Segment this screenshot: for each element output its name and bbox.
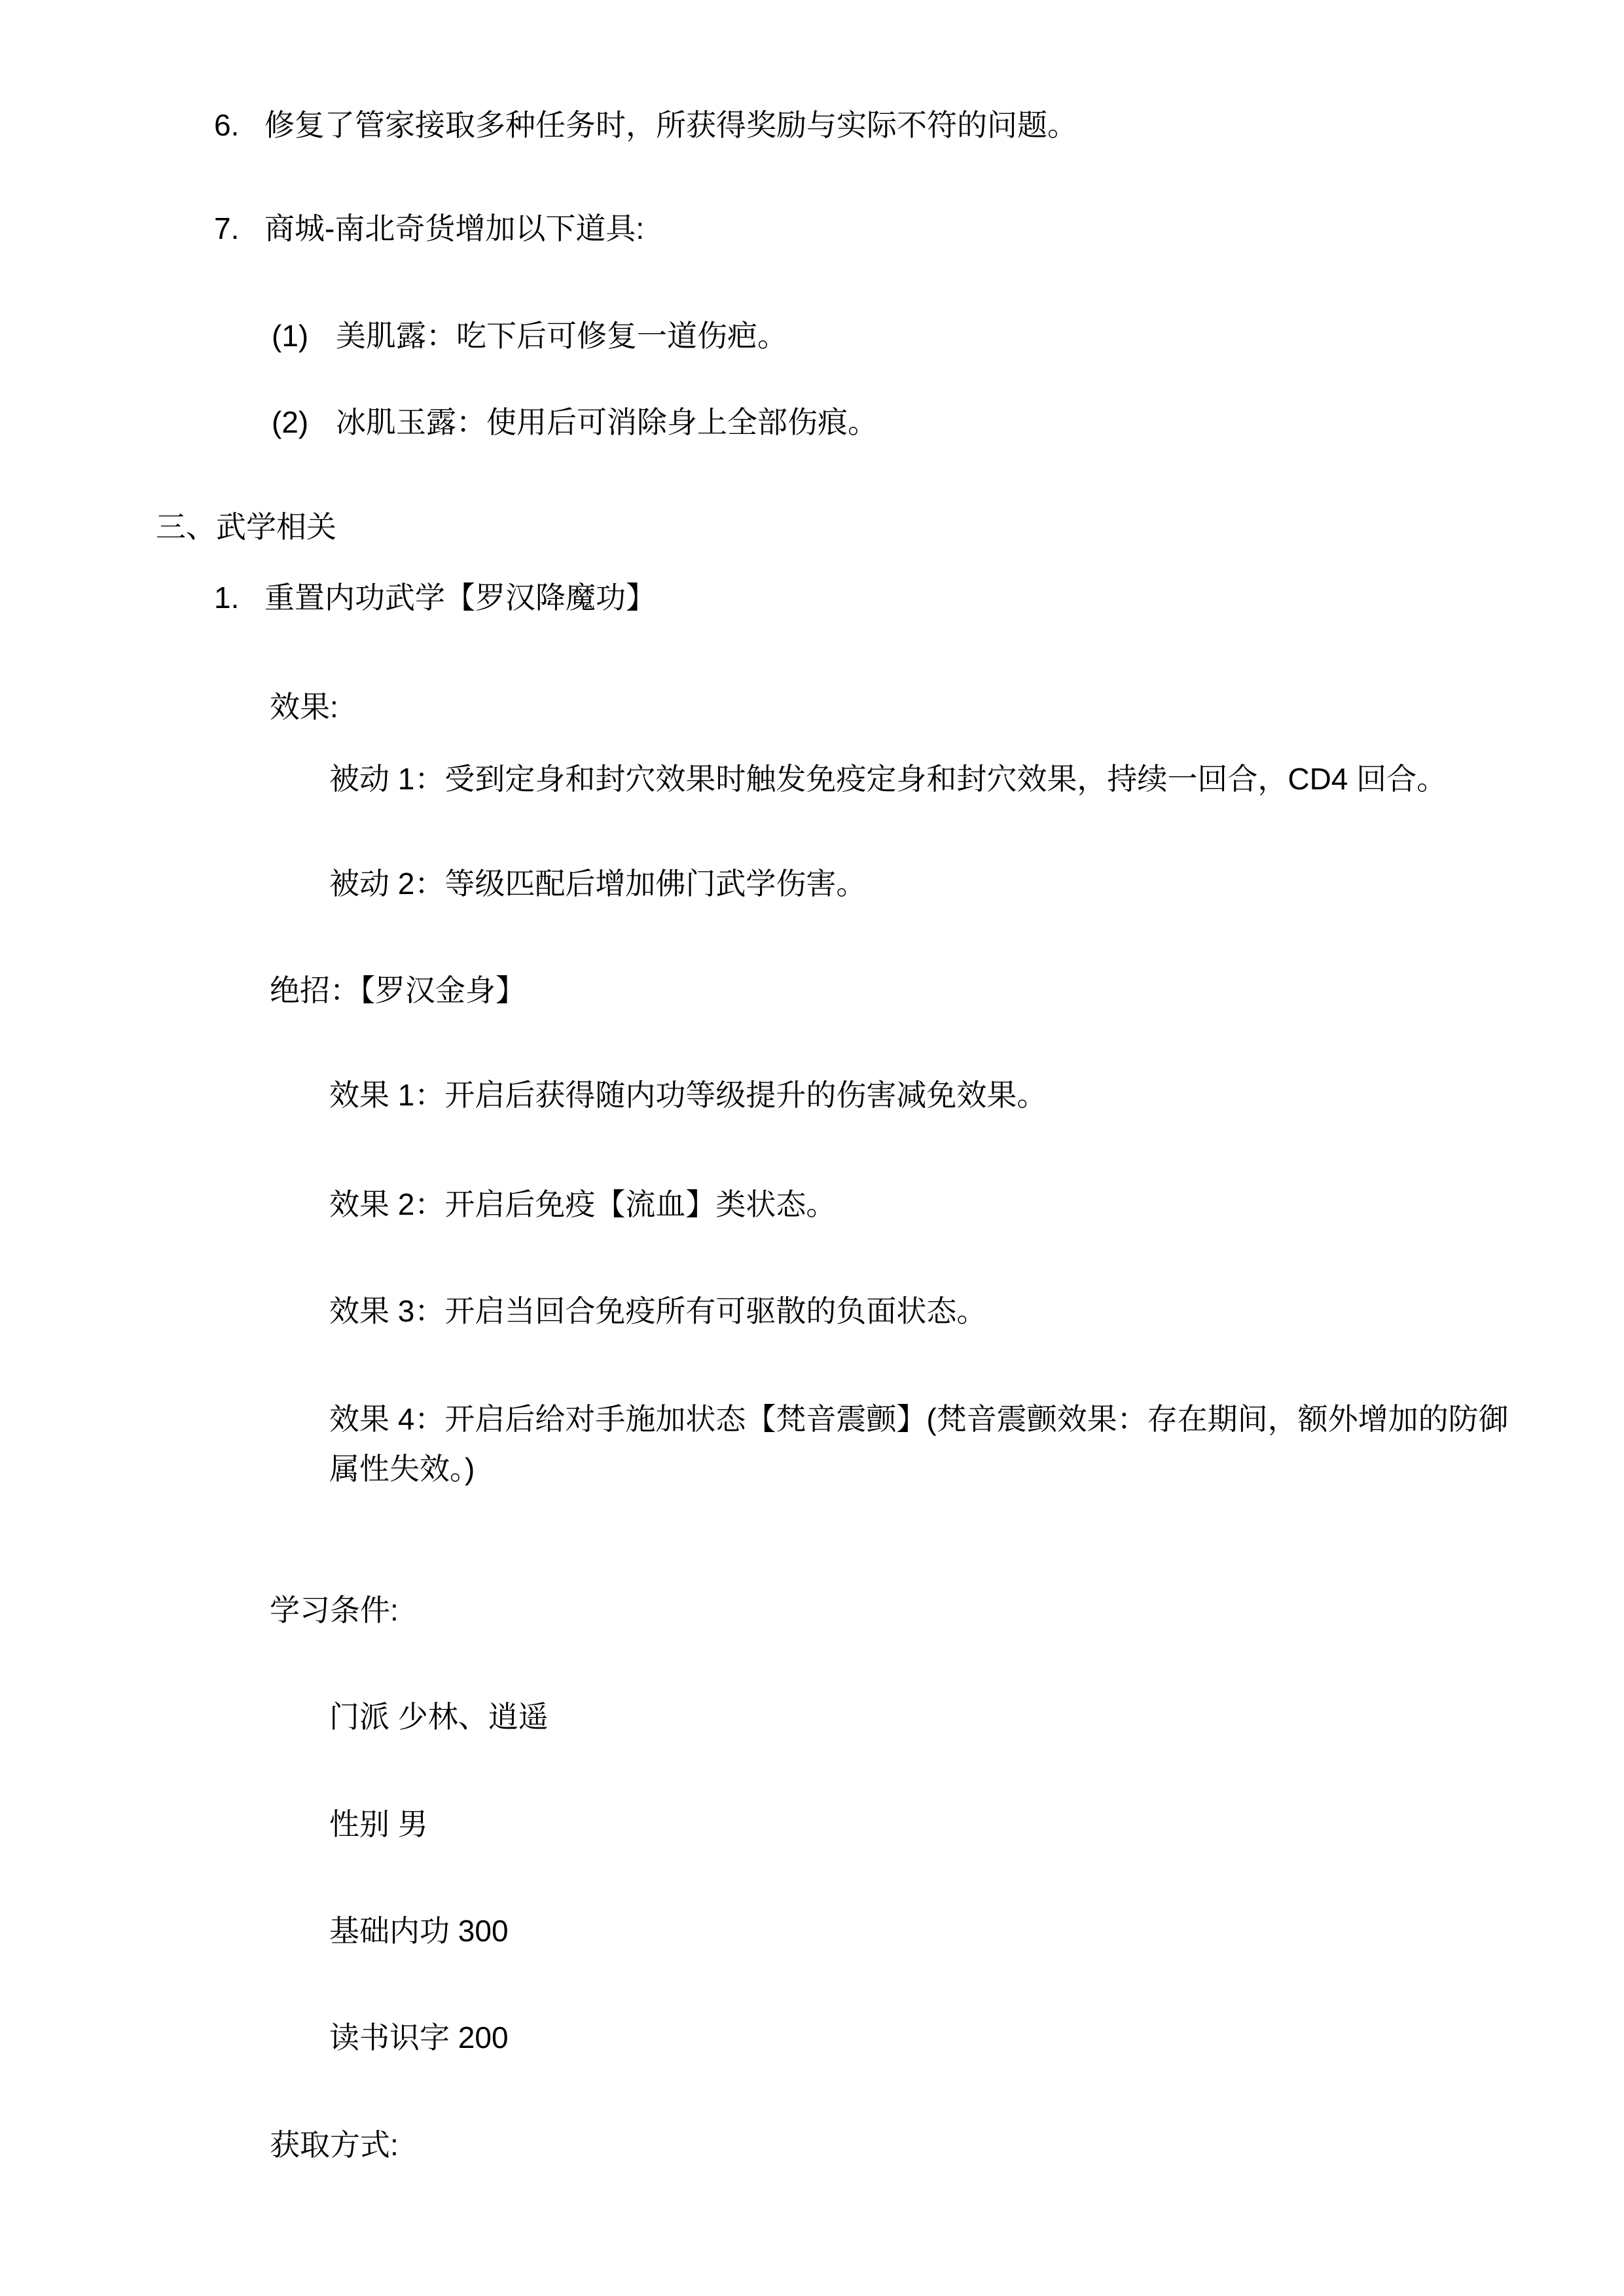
sub-item-2-marker: (2) [272,397,308,447]
gender-requirement-line: 性别 男 [329,1799,428,1849]
sub-item-1-marker: (1) [272,311,308,361]
list-item-6-text: 修复了管家接取多种任务时，所获得奖励与实际不符的问题。 [264,100,1077,150]
effects-heading: 效果: [270,682,338,732]
literacy-requirement-line: 读书识字 200 [329,2013,509,2062]
document-page: 6. 修复了管家接取多种任务时，所获得奖励与实际不符的问题。 7. 商城-南北奇… [0,0,1624,2296]
effect-3-line: 效果 3：开启当回合免疫所有可驱散的负面状态。 [329,1286,986,1336]
effect-2-line: 效果 2：开启后免疫【流血】类状态。 [329,1179,836,1229]
list-item-1-text: 重置内功武学【罗汉降魔功】 [264,573,656,622]
list-item-1-marker: 1. [214,573,239,622]
learning-conditions-heading: 学习条件: [270,1585,399,1635]
ultimate-heading: 绝招：【罗汉金身】 [270,965,526,1015]
list-item-6-marker: 6. [214,100,239,150]
list-item-7-text: 商城-南北奇货增加以下道具: [264,204,644,253]
sub-item-1-text: 美肌露：吃下后可修复一道伤疤。 [336,311,787,361]
passive-1-line: 被动 1：受到定身和封穴效果时触发免疫定身和封穴效果，持续一回合，CD4 回合。 [329,754,1447,804]
sect-requirement-line: 门派 少林、逍遥 [329,1692,549,1742]
effect-1-line: 效果 1：开启后获得随内功等级提升的伤害减免效果。 [329,1070,1047,1120]
base-neigong-requirement-line: 基础内功 300 [329,1906,509,1956]
section-heading: 三、武学相关 [156,502,336,552]
effect-4-line: 效果 4：开启后给对手施加状态【梵音震颤】(梵音震颤效果：存在期间，额外增加的防… [329,1394,1573,1494]
list-item-7-marker: 7. [214,204,239,253]
passive-2-line: 被动 2：等级匹配后增加佛门武学伤害。 [329,859,866,908]
sub-item-2-text: 冰肌玉露：使用后可消除身上全部伤痕。 [336,397,878,447]
acquisition-heading: 获取方式: [270,2120,399,2170]
